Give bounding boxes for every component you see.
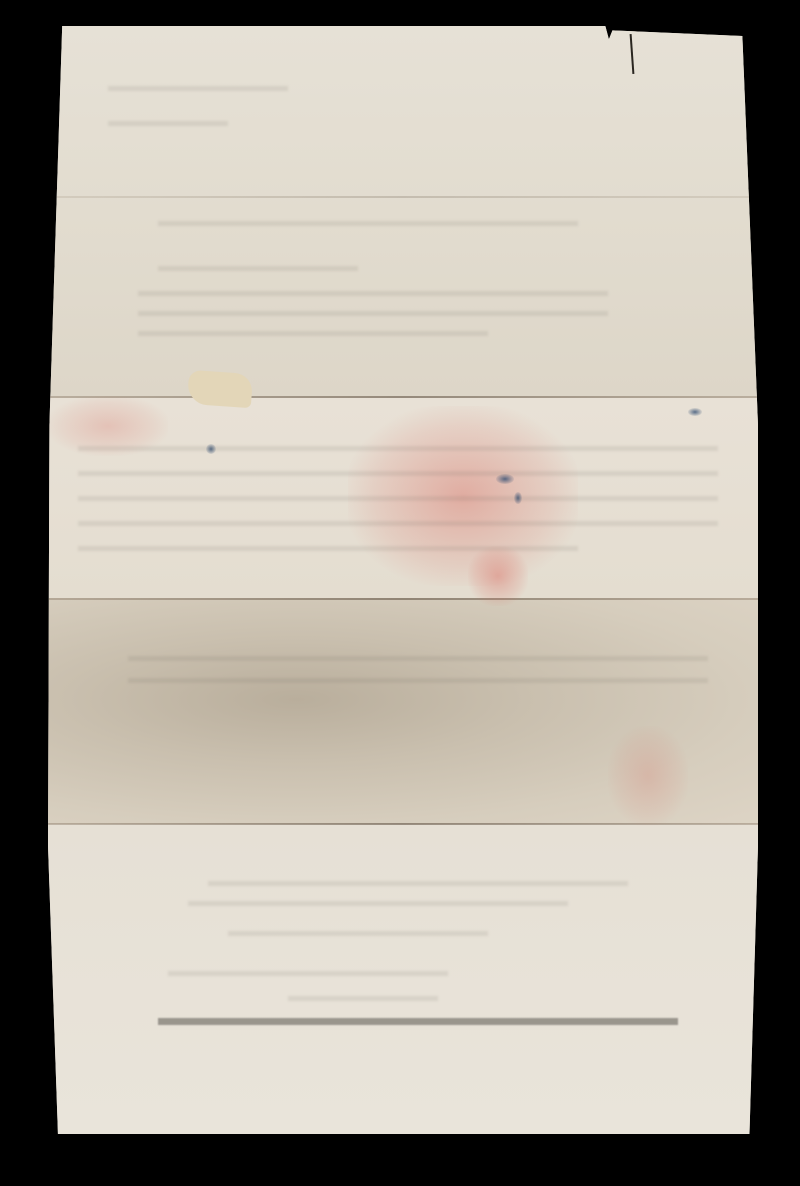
bleed-through-line (78, 496, 718, 501)
red-ink-stain (468, 546, 528, 606)
bleed-through-line (158, 221, 578, 226)
fold-panel-top (48, 26, 758, 398)
fold-crease (48, 196, 758, 198)
bleed-through-line (138, 291, 608, 296)
bleed-through-line (78, 446, 718, 451)
red-ink-stain (608, 726, 688, 826)
bleed-through-line (128, 656, 708, 661)
bleed-through-line (208, 881, 628, 886)
blue-ink-speck (688, 408, 702, 416)
bleed-through-line (108, 86, 288, 91)
fold-crease (48, 396, 758, 398)
smudged-typed-line (158, 1018, 678, 1025)
bleed-through-line (188, 901, 568, 906)
bleed-through-line (228, 931, 488, 936)
bleed-through-line (78, 546, 578, 551)
bleed-through-line (78, 521, 718, 526)
bleed-through-line (138, 331, 488, 336)
bleed-through-line (78, 471, 718, 476)
document-sheet: Reverse side of an aged, folded typewrit… (48, 26, 758, 1134)
fold-crease (48, 598, 758, 600)
bleed-through-line (108, 121, 228, 126)
bleed-through-line (128, 678, 708, 683)
bleed-through-line (158, 266, 358, 271)
bleed-through-line (168, 971, 448, 976)
fold-panel-bottom (48, 824, 758, 1134)
bleed-through-line (288, 996, 438, 1001)
bleed-through-line (138, 311, 608, 316)
